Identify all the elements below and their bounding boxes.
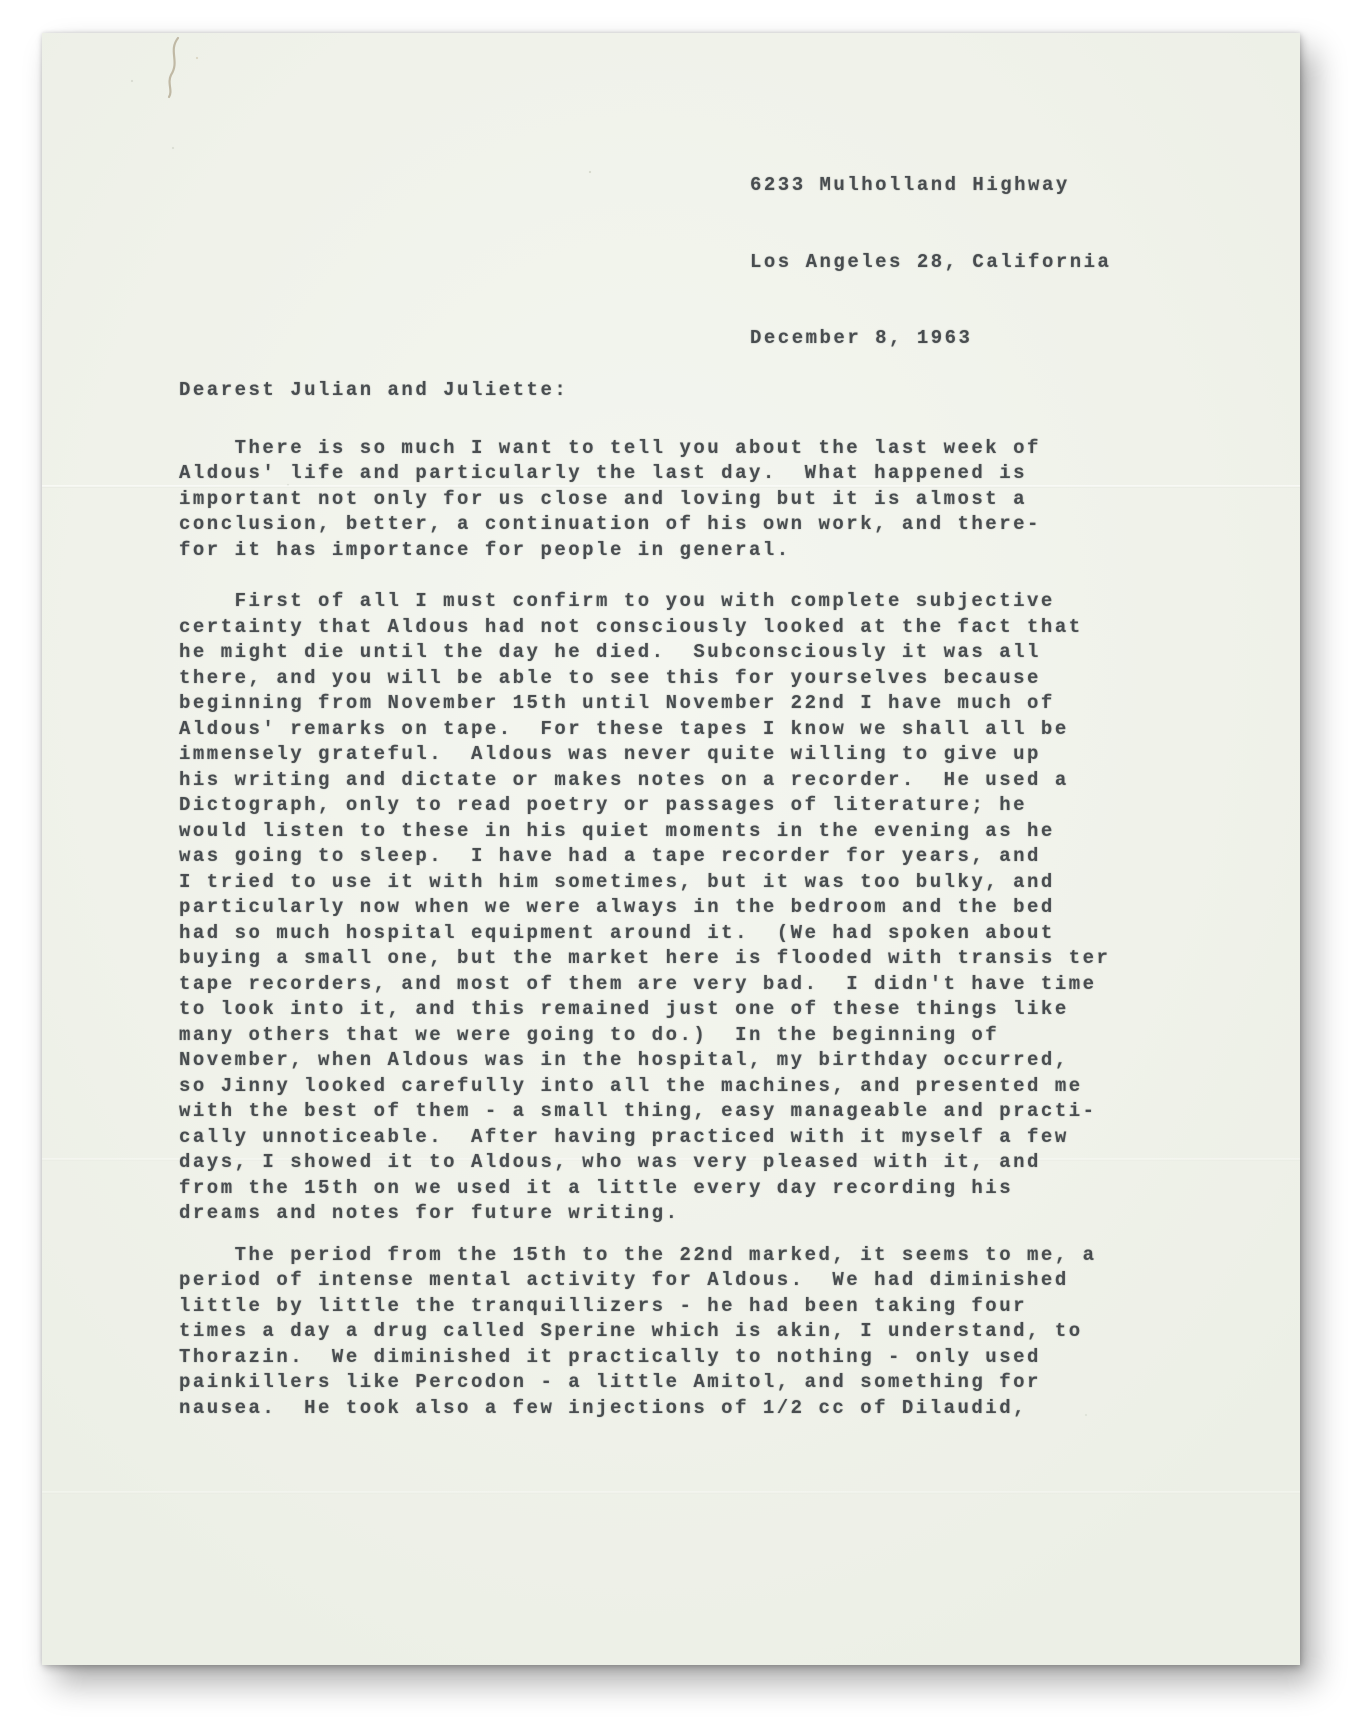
salutation: Dearest Julian and Juliette: — [179, 378, 1110, 404]
letter-body: Dearest Julian and Juliette: There is so… — [179, 378, 1110, 1421]
scan-background: 6233 Mulholland Highway Los Angeles 28, … — [0, 0, 1356, 1720]
letter-date: December 8, 1963 — [750, 326, 1111, 352]
paragraph-2: First of all I must confirm to you with … — [179, 589, 1110, 1227]
paper-scratch-mark — [162, 35, 190, 99]
letter-page: 6233 Mulholland Highway Los Angeles 28, … — [42, 33, 1300, 1665]
sender-address-line-1: 6233 Mulholland Highway — [750, 173, 1111, 199]
paragraph-3: The period from the 15th to the 22nd mar… — [179, 1243, 1110, 1422]
letter-header: 6233 Mulholland Highway Los Angeles 28, … — [750, 122, 1111, 403]
sender-address-line-2: Los Angeles 28, California — [750, 250, 1111, 276]
paper-crease-bottom — [42, 1491, 1300, 1494]
paragraph-1: There is so much I want to tell you abou… — [179, 436, 1110, 564]
